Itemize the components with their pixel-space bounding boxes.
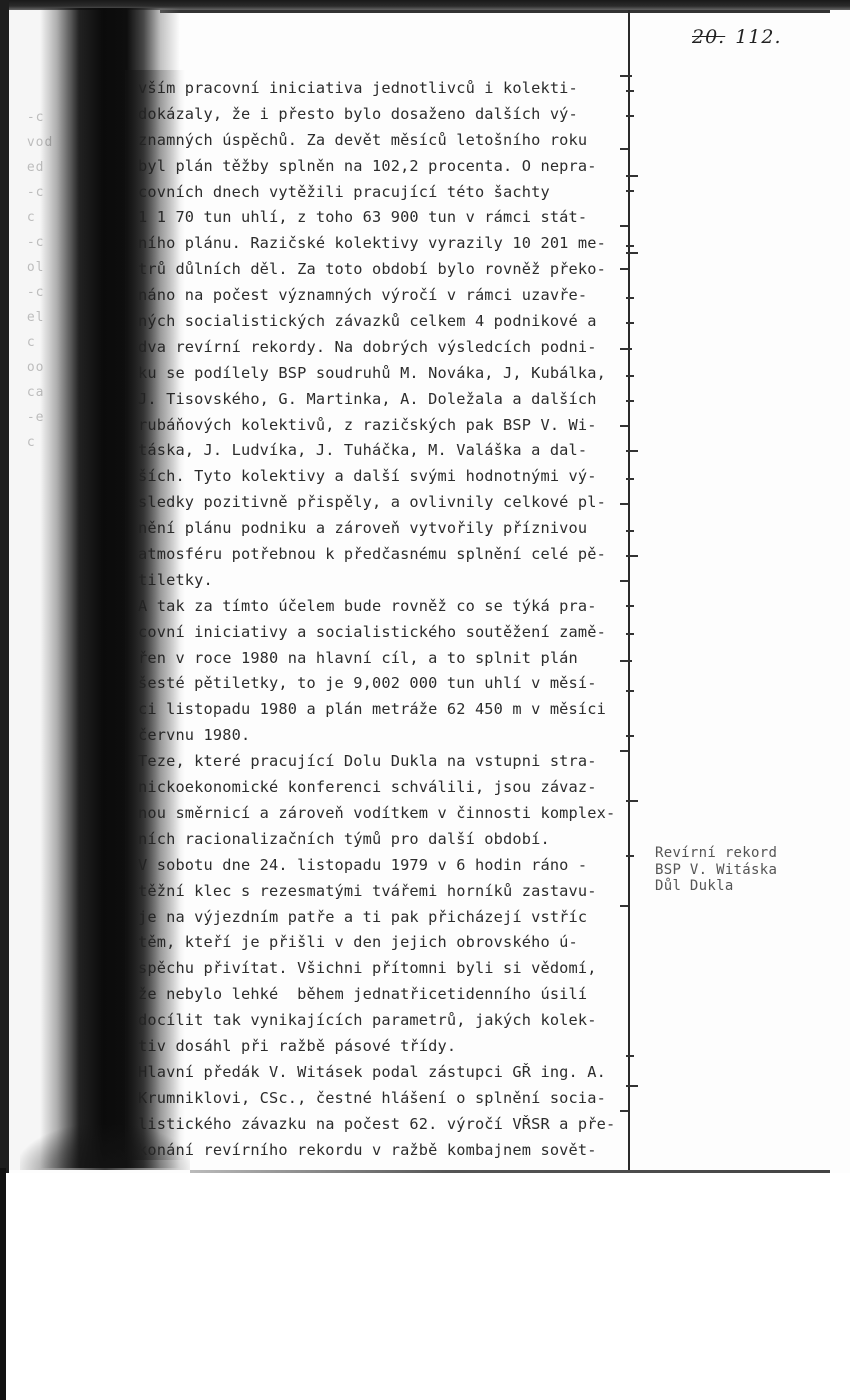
tick-mark (626, 605, 634, 607)
tick-mark (626, 800, 638, 802)
text-line: ku se podílely BSP soudruhů M. Nováka, J… (138, 361, 638, 387)
text-line: covních dnech vytěžili pracující této ša… (138, 180, 638, 206)
tick-mark (620, 580, 628, 582)
tick-mark (626, 855, 634, 857)
text-line: Hlavní předák V. Witásek podal zástupci … (138, 1060, 638, 1086)
text-line: konání revírního rekordu v ražbě kombajn… (138, 1138, 638, 1164)
text-line: šesté pětiletky, to je 9,002 000 tun uhl… (138, 671, 638, 697)
tick-mark (626, 1085, 638, 1087)
tick-mark (626, 530, 634, 532)
tick-mark (626, 175, 638, 177)
tick-mark (620, 750, 628, 752)
tick-mark (626, 252, 638, 254)
text-line: rubáňových kolektivů, z razičských pak B… (138, 413, 638, 439)
text-line: V sobotu dne 24. listopadu 1979 v 6 hodi… (138, 853, 638, 879)
text-line: listického závazku na počest 62. výročí … (138, 1112, 638, 1138)
text-line: je na výjezdním patře a ti pak přicházej… (138, 905, 638, 931)
margin-note-line: Důl Dukla (655, 878, 777, 895)
text-line: náno na počest významných výročí v rámci… (138, 283, 638, 309)
text-line: řen v roce 1980 na hlavní cíl, a to spln… (138, 646, 638, 672)
text-line: tiv dosáhl při ražbě pásové třídy. (138, 1034, 638, 1060)
tick-mark (620, 348, 632, 350)
scanned-page: -c vod ed -c c -c ol -c el c oo ca -e c … (0, 0, 850, 1175)
tick-mark (626, 90, 634, 92)
text-line: vším pracovní iniciativa jednotlivců i k… (138, 76, 638, 102)
text-line: nou směrnicí a zároveň vodítkem v činnos… (138, 801, 638, 827)
text-line: trů důlních děl. Za toto období bylo rov… (138, 257, 638, 283)
tick-mark (620, 75, 632, 77)
text-line: sledky pozitivně přispěly, a ovlivnily c… (138, 490, 638, 516)
tick-mark (626, 690, 634, 692)
tick-mark (626, 555, 638, 557)
page-left-edge (0, 0, 9, 1175)
text-line: A tak za tímto účelem bude rovněž co se … (138, 594, 638, 620)
text-line: znamných úspěchů. Za devět měsíců letošn… (138, 128, 638, 154)
tick-mark (626, 245, 634, 247)
margin-note-line: BSP V. Witáska (655, 862, 777, 879)
text-line: že nebylo lehké během jednatřicetidenníh… (138, 982, 638, 1008)
text-line: nění plánu podniku a zároveň vytvořily p… (138, 516, 638, 542)
page-number-crossed-out: 20. (692, 26, 725, 48)
page-number: 20.112. (692, 26, 782, 48)
margin-note-line: Revírní rekord (655, 845, 777, 862)
tick-mark (620, 225, 628, 227)
text-line: 1 1 70 tun uhlí, z toho 63 900 tun v rám… (138, 205, 638, 231)
text-line: těm, kteří je přišli v den jejich obrovs… (138, 930, 638, 956)
tick-mark (626, 297, 634, 299)
text-line: ších. Tyto kolektivy a další svými hodno… (138, 464, 638, 490)
text-line: Teze, které pracující Dolu Dukla na vstu… (138, 749, 638, 775)
text-line: J. Tisovského, G. Martinka, A. Doležala … (138, 387, 638, 413)
text-line: covní iniciativy a socialistického soutě… (138, 620, 638, 646)
text-line: byl plán těžby splněn na 102,2 procenta.… (138, 154, 638, 180)
margin-note: Revírní rekordBSP V. WitáskaDůl Dukla (655, 845, 777, 895)
tick-mark (620, 425, 628, 427)
text-line: dva revírní rekordy. Na dobrých výsledcí… (138, 335, 638, 361)
tick-mark (626, 400, 634, 402)
tick-mark (620, 148, 628, 150)
blank-area (6, 1173, 850, 1400)
typed-body-text: vším pracovní iniciativa jednotlivců i k… (138, 76, 638, 1163)
text-line: spěchu přivítat. Všichni přítomni byli s… (138, 956, 638, 982)
tick-mark (620, 1110, 628, 1112)
text-line: nickoekonomické konferenci schválili, js… (138, 775, 638, 801)
tick-mark (626, 115, 634, 117)
tick-mark (626, 190, 634, 192)
tick-mark (620, 268, 628, 270)
text-line: ci listopadu 1980 a plán metráže 62 450 … (138, 697, 638, 723)
text-line: Krumniklovi, CSc., čestné hlášení o spln… (138, 1086, 638, 1112)
tick-mark (626, 1055, 634, 1057)
tick-mark (626, 478, 634, 480)
text-line: atmosféru potřebnou k předčasnému splněn… (138, 542, 638, 568)
text-line: táska, J. Ludvíka, J. Tuháčka, M. Valášk… (138, 438, 638, 464)
tick-mark (620, 660, 632, 662)
tick-mark (626, 450, 638, 452)
margin-rule (628, 10, 630, 1173)
tick-mark (626, 735, 634, 737)
tick-mark (620, 503, 628, 505)
tick-mark (626, 633, 634, 635)
tick-mark (626, 375, 634, 377)
tick-mark (626, 322, 634, 324)
tick-mark (620, 905, 628, 907)
text-line: dokázaly, že i přesto bylo dosaženo dalš… (138, 102, 638, 128)
text-line: ních racionalizačních týmů pro další obd… (138, 827, 638, 853)
text-line: docílit tak vynikajících parametrů, jaký… (138, 1008, 638, 1034)
text-line: tiletky. (138, 568, 638, 594)
text-line: ního plánu. Razičské kolektivy vyrazily … (138, 231, 638, 257)
text-line: červnu 1980. (138, 723, 638, 749)
page-number-current: 112. (735, 26, 781, 48)
text-line: těžní klec s rezesmatými tvářemi horníků… (138, 879, 638, 905)
text-line: ných socialistických závazků celkem 4 po… (138, 309, 638, 335)
